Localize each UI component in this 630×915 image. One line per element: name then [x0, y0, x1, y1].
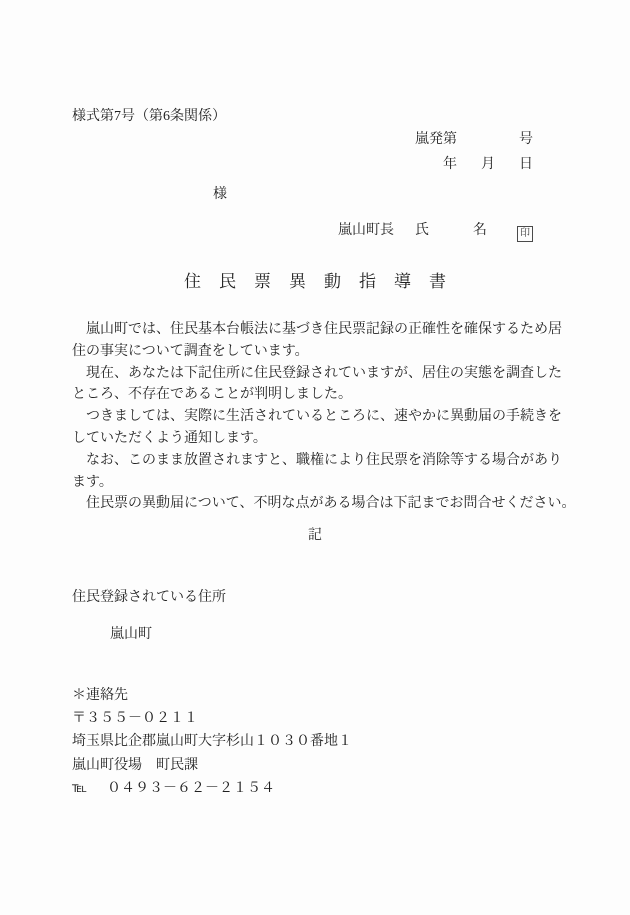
date-day-label: 日 — [519, 157, 533, 172]
sender-name-first-label: 氏 — [415, 223, 429, 238]
document-title: 住民票異動指導書 — [0, 267, 630, 292]
sender-name-last-label: 名 — [473, 223, 487, 238]
document-page: 様式第7号（第6条関係） 嵐発第号 年月日 様 嵐山町長氏名印 住民票異動指導書… — [0, 0, 630, 915]
contact-postal-code: 〒３５５－０２１１ — [72, 707, 352, 730]
tel-icon: ℡ — [72, 781, 87, 796]
date-year-label: 年 — [443, 157, 457, 172]
issue-date-line: 年月日 — [443, 153, 533, 173]
contact-address: 埼玉県比企郡嵐山町大字杉山１０３０番地１ — [72, 730, 352, 753]
contact-tel-number: ０４９３－６２－２１５４ — [107, 781, 275, 796]
contact-block: ＊連絡先 〒３５５－０２１１ 埼玉県比企郡嵐山町大字杉山１０３０番地１ 嵐山町役… — [72, 684, 352, 800]
contact-tel-line: ℡０４９３－６２－２１５４ — [72, 777, 352, 800]
contact-office: 嵐山町役場 町民課 — [72, 754, 352, 777]
body-line: なお、このまま放置されますと、職権により住民票を消除等する場合があり — [72, 450, 572, 472]
addressee-honorific: 様 — [213, 183, 227, 203]
document-number-suffix: 号 — [519, 132, 533, 147]
body-line: つきましては、実際に生活されているところに、速やかに異動届の手続きを — [72, 406, 572, 428]
body-text: 嵐山町では、住民基本台帳法に基づき住民票記録の正確性を確保するため居 住の事実に… — [72, 319, 572, 515]
seal-mark: 印 — [517, 226, 533, 242]
date-month-label: 月 — [481, 157, 495, 172]
body-line: 現在、あなたは下記住所に住民登録されていますが、居住の実態を調査した — [72, 363, 572, 385]
record-heading: 記 — [0, 524, 630, 544]
document-number-line: 嵐発第号 — [415, 128, 533, 148]
body-line: 住の事実について調査をしています。 — [72, 341, 572, 363]
body-line: していただくよう通知します。 — [72, 428, 572, 450]
body-line: 住民票の異動届について、不明な点がある場合は下記までお問合せください。 — [72, 493, 572, 515]
form-number: 様式第7号（第6条関係） — [72, 105, 226, 125]
body-line: 嵐山町では、住民基本台帳法に基づき住民票記録の正確性を確保するため居 — [72, 319, 572, 341]
sender-line: 嵐山町長氏名印 — [338, 219, 533, 242]
body-line: ところ、不存在であることが判明しました。 — [72, 384, 572, 406]
contact-heading: ＊連絡先 — [72, 684, 352, 707]
document-number-prefix: 嵐発第 — [415, 132, 457, 147]
registered-address-label: 住民登録されている住所 — [72, 586, 226, 606]
body-line: ます。 — [72, 472, 572, 494]
mayor-title: 嵐山町長 — [338, 223, 394, 238]
registered-address-value: 嵐山町 — [110, 623, 152, 643]
